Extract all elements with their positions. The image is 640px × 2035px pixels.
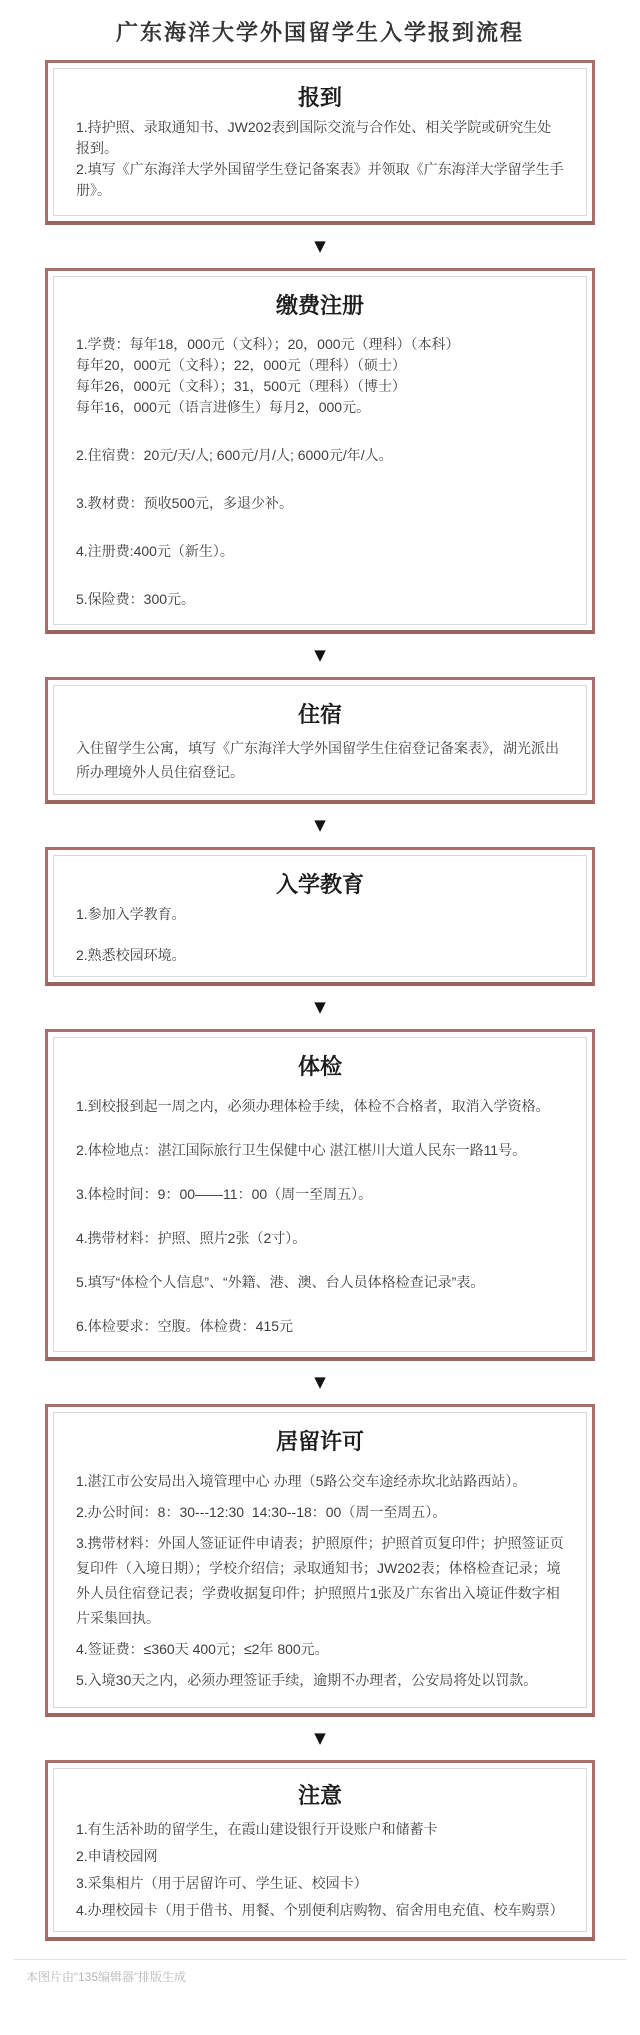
list-item: 3.体检时间：9：00——11：00（周一至周五）。 [76,1184,564,1205]
list-item-subline: 每年26，000元（文科）；31，500元（理科）（博士） [76,376,564,397]
footer-credit: 本图片由“135编辑器”排版生成 [26,1968,640,1985]
section-body: 1.学费：每年18，000元（文科）；20，000元（理科）（本科）每年20，0… [76,334,564,610]
flow-connector: ▼ [0,647,640,664]
section-title: 缴费注册 [76,291,564,321]
list-item: 4.办理校园卡（用于借书、用餐、个别便利店购物、宿舍用电充值、校车购票） [76,1900,564,1921]
down-arrow-icon: ▼ [314,237,326,255]
section-title: 入学教育 [76,870,564,900]
list-item: 2.熟悉校园环境。 [76,945,564,966]
list-item: 3.采集相片（用于居留许可、学生证、校园卡） [76,1873,564,1894]
list-item-subline: 每年16，000元（语言进修生）每月2，000元。 [76,397,564,418]
section-inner-tijian: 体检1.到校报到起一周之内，必须办理体检手续，体检不合格者，取消入学资格。2.体… [53,1037,587,1352]
page: 广东海洋大学外国留学生入学报到流程 报到1.持护照、录取通知书、JW202表到国… [0,0,640,2035]
section-zhusu: 住宿入住留学生公寓，填写《广东海洋大学外国留学生住宿登记备案表》，湖光派出所办理… [45,677,595,804]
list-item: 3.携带材料：外国人签证证件申请表；护照原件；护照首页复印件；护照签证页复印件（… [76,1531,564,1631]
list-item: 4.携带材料：护照、照片2张（2寸）。 [76,1228,564,1249]
section-inner-ruxue: 入学教育1.参加入学教育。2.熟悉校园环境。 [53,855,587,977]
list-item: 2.申请校园网 [76,1846,564,1867]
down-arrow-icon: ▼ [314,816,326,834]
list-item: 6.体检要求：空腹。体检费：415元 [76,1316,564,1337]
flow-connector: ▼ [0,999,640,1016]
section-tijian: 体检1.到校报到起一周之内，必须办理体检手续，体检不合格者，取消入学资格。2.体… [45,1029,595,1361]
section-inner-juliu: 居留许可1.湛江市公安局出入境管理中心 办理（5路公交车途经赤坎北站路西站）。2… [53,1412,587,1708]
section-body: 1.参加入学教育。2.熟悉校园环境。 [76,904,564,966]
section-title: 居留许可 [76,1427,564,1457]
section-body: 1.到校报到起一周之内，必须办理体检手续，体检不合格者，取消入学资格。2.体检地… [76,1096,564,1337]
list-item: 1.有生活补助的留学生，在霞山建设银行开设账户和储蓄卡 [76,1819,564,1840]
list-item: 5.入境30天之内，必须办理签证手续，逾期不办理者，公安局将处以罚款。 [76,1668,564,1693]
section-inner-jiaofei: 缴费注册1.学费：每年18，000元（文科）；20，000元（理科）（本科）每年… [53,276,587,625]
flow-connector: ▼ [0,1374,640,1391]
down-arrow-icon: ▼ [314,1729,326,1747]
list-item-subline: 每年20，000元（文科）；22，000元（理科）（硕士） [76,355,564,376]
page-title: 广东海洋大学外国留学生入学报到流程 [0,0,640,47]
flow-connector: ▼ [0,1730,640,1747]
section-title: 住宿 [76,700,564,730]
list-item: 2.办公时间：8：30---12:30 14:30--18：00（周一至周五）。 [76,1500,564,1525]
section-body: 入住留学生公寓，填写《广东海洋大学外国留学生住宿登记备案表》，湖光派出所办理境外… [76,736,564,784]
section-juliu: 居留许可1.湛江市公安局出入境管理中心 办理（5路公交车途经赤坎北站路西站）。2… [45,1404,595,1717]
section-title: 报到 [76,83,564,113]
footer-divider [14,1959,626,1960]
list-item: 5.保险费：300元。 [76,589,564,610]
list-item: 1.到校报到起一周之内，必须办理体检手续，体检不合格者，取消入学资格。 [76,1096,564,1117]
section-body: 1.持护照、录取通知书、JW202表到国际交流与合作处、相关学院或研究生处报到。… [76,117,564,201]
list-item: 3.教材费：预收500元，多退少补。 [76,493,564,514]
list-item: 2.体检地点：湛江国际旅行卫生保健中心 湛江椹川大道人民东一路11号。 [76,1140,564,1161]
section-inner-zhusu: 住宿入住留学生公寓，填写《广东海洋大学外国留学生住宿登记备案表》，湖光派出所办理… [53,685,587,795]
section-ruxue: 入学教育1.参加入学教育。2.熟悉校园环境。 [45,847,595,986]
section-body: 1.湛江市公安局出入境管理中心 办理（5路公交车途经赤坎北站路西站）。2.办公时… [76,1469,564,1693]
down-arrow-icon: ▼ [314,998,326,1016]
section-title: 注意 [76,1781,564,1811]
flowchart: 报到1.持护照、录取通知书、JW202表到国际交流与合作处、相关学院或研究生处报… [0,60,640,1941]
list-item: 1.持护照、录取通知书、JW202表到国际交流与合作处、相关学院或研究生处报到。 [76,117,564,159]
section-body: 1.有生活补助的留学生，在霞山建设银行开设账户和储蓄卡2.申请校园网3.采集相片… [76,1819,564,1921]
section-title: 体检 [76,1052,564,1082]
down-arrow-icon: ▼ [314,646,326,664]
section-inner-baodao: 报到1.持护照、录取通知书、JW202表到国际交流与合作处、相关学院或研究生处报… [53,68,587,216]
list-item: 2.填写《广东海洋大学外国留学生登记备案表》并领取《广东海洋大学留学生手册》。 [76,159,564,201]
list-item: 4.签证费：≤360天 400元；≤2年 800元。 [76,1637,564,1662]
list-item: 1.学费：每年18，000元（文科）；20，000元（理科）（本科） [76,334,564,355]
section-zhuyi: 注意1.有生活补助的留学生，在霞山建设银行开设账户和储蓄卡2.申请校园网3.采集… [45,1760,595,1941]
flow-connector: ▼ [0,238,640,255]
list-item: 5.填写“体检个人信息”、“外籍、港、澳、台人员体格检查记录”表。 [76,1272,564,1293]
section-inner-zhuyi: 注意1.有生活补助的留学生，在霞山建设银行开设账户和储蓄卡2.申请校园网3.采集… [53,1768,587,1932]
list-item: 1.湛江市公安局出入境管理中心 办理（5路公交车途经赤坎北站路西站）。 [76,1469,564,1494]
down-arrow-icon: ▼ [314,1373,326,1391]
list-item: 4.注册费:400元（新生）。 [76,541,564,562]
section-baodao: 报到1.持护照、录取通知书、JW202表到国际交流与合作处、相关学院或研究生处报… [45,60,595,225]
section-jiaofei: 缴费注册1.学费：每年18，000元（文科）；20，000元（理科）（本科）每年… [45,268,595,634]
flow-connector: ▼ [0,817,640,834]
list-item: 1.参加入学教育。 [76,904,564,925]
list-item: 入住留学生公寓，填写《广东海洋大学外国留学生住宿登记备案表》，湖光派出所办理境外… [76,736,564,784]
list-item: 2.住宿费：20元/天/人; 600元/月/人; 6000元/年/人。 [76,445,564,466]
